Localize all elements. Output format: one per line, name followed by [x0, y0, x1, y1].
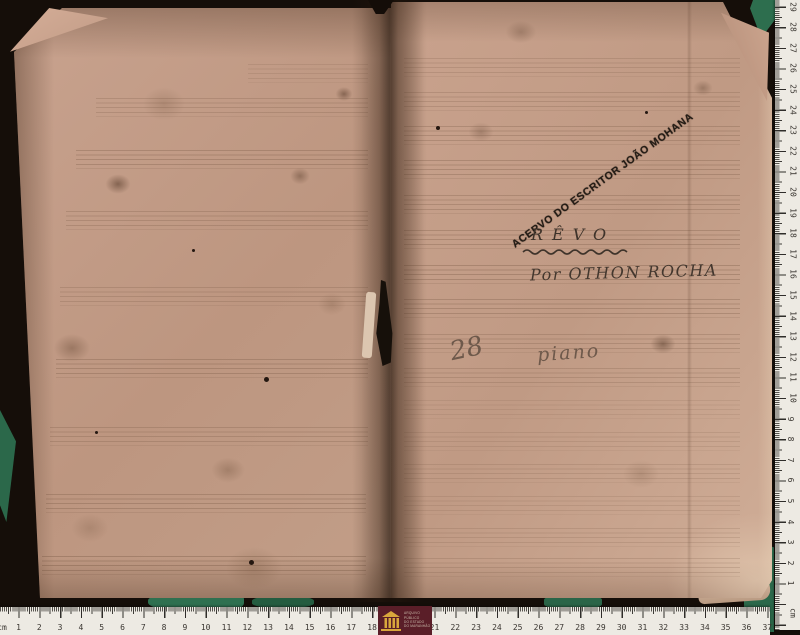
ink-speck [645, 111, 648, 114]
ruler-number: 22 [450, 623, 460, 632]
ruler-number: 17 [346, 623, 356, 632]
ruler-number: 9 [786, 416, 795, 421]
ruler-number: 9 [182, 623, 187, 632]
backing-board-left [0, 410, 16, 522]
ruler-number: 6 [120, 623, 125, 632]
ruler-number: 2 [786, 560, 795, 565]
staff-band [404, 464, 740, 483]
ruler-number: 11 [222, 623, 232, 632]
archive-logo: ARQUIVO PÚBLICO DO ESTADO DO MARANHÃO [378, 606, 432, 635]
digitized-manuscript-photo: ACERVO DO ESCRITOR JOÃO MOHANA RÊVO Por … [0, 0, 800, 635]
ruler-number: 35 [721, 623, 731, 632]
ruler-number: 21 [788, 167, 797, 177]
staff-band [404, 432, 740, 451]
ruler-number: 24 [788, 105, 797, 115]
ruler-number: 5 [99, 623, 104, 632]
staff-band [404, 160, 740, 179]
manuscript-title: RÊVO [531, 225, 615, 244]
ruler-number: 27 [788, 43, 797, 53]
ruler-number: 11 [788, 373, 797, 383]
ruler-number: 15 [788, 290, 797, 300]
ruler-number: 12 [788, 352, 797, 362]
staff-band [404, 58, 740, 77]
archive-building-icon [381, 610, 401, 632]
ruler-number: 8 [786, 437, 795, 442]
staff-band [76, 150, 368, 169]
staff-band [404, 558, 740, 577]
ruler-number: 19 [788, 208, 797, 218]
ruler-number: 26 [534, 623, 544, 632]
staff-band [96, 98, 368, 117]
ruler-number: 1 [16, 623, 21, 632]
ruler-number: 14 [788, 311, 797, 321]
ruler-number: 24 [492, 623, 502, 632]
staff-band [404, 126, 740, 145]
ink-speck [436, 126, 440, 130]
instrument-annotation: piano [536, 340, 601, 366]
ruler-number: 28 [788, 22, 797, 32]
staff-band [404, 528, 740, 547]
ruler-unit-label: cm [788, 608, 797, 618]
ruler-number: 25 [788, 84, 797, 94]
logo-line: DO MARANHÃO [404, 625, 430, 628]
ruler-number: 3 [786, 540, 795, 545]
ruler-unit-label: cm [0, 623, 7, 632]
manuscript-page-left [14, 8, 391, 598]
staff-band [46, 494, 366, 513]
ruler-number: 6 [786, 478, 795, 483]
ruler-number: 23 [788, 125, 797, 135]
ruler-number: 15 [305, 623, 315, 632]
staff-band [60, 287, 368, 306]
ruler-number: 8 [162, 623, 167, 632]
ink-speck [95, 431, 98, 434]
ruler-number: 27 [554, 623, 564, 632]
ruler-number: 10 [201, 623, 211, 632]
ruler-number: 30 [617, 623, 627, 632]
staff-band [66, 211, 368, 230]
staff-band [404, 400, 740, 419]
ruler-number: 23 [471, 623, 481, 632]
ruler-number: 25 [513, 623, 523, 632]
ink-speck [249, 560, 254, 565]
ruler-number: 32 [658, 623, 668, 632]
ruler-number: 36 [742, 623, 752, 632]
ruler-number: 22 [788, 146, 797, 156]
ruler-vertical: cm 1234567891011121314151617181920212223… [775, 0, 800, 630]
staff-band [50, 427, 368, 446]
ruler-number: 18 [788, 228, 797, 238]
ruler-number: 4 [78, 623, 83, 632]
ink-speck [192, 249, 195, 252]
ruler-number: 13 [788, 331, 797, 341]
ruler-number: 13 [263, 623, 273, 632]
manuscript-page-right [391, 2, 772, 598]
ruler-number: 31 [638, 623, 648, 632]
ruler-number: 37 [762, 623, 772, 632]
ruler-number: 16 [788, 270, 797, 280]
ruler-number: 10 [788, 393, 797, 403]
ruler-number: 7 [786, 457, 795, 462]
ruler-number: 26 [788, 64, 797, 74]
ruler-number: 14 [284, 623, 294, 632]
staff-band [404, 92, 740, 111]
ruler-number: 17 [788, 249, 797, 259]
ruler-number: 28 [575, 623, 585, 632]
ruler-number: 12 [242, 623, 252, 632]
ruler-number: 2 [37, 623, 42, 632]
ruler-number: 29 [788, 2, 797, 12]
staff-band [404, 368, 740, 387]
staff-band [404, 299, 740, 318]
ruler-number: 5 [786, 499, 795, 504]
ink-speck [264, 377, 269, 382]
ruler-number: 33 [679, 623, 689, 632]
ruler-number: 34 [700, 623, 710, 632]
ruler-number: 29 [596, 623, 606, 632]
staff-band [248, 64, 368, 83]
staff-band [42, 556, 366, 575]
ruler-number: 20 [788, 187, 797, 197]
staff-band [404, 496, 740, 515]
ruler-number: 7 [141, 623, 146, 632]
ruler-number: 16 [326, 623, 336, 632]
ruler-number: 18 [367, 623, 377, 632]
ruler-number: 3 [58, 623, 63, 632]
ruler-number: 1 [786, 581, 795, 586]
archive-logo-text: ARQUIVO PÚBLICO DO ESTADO DO MARANHÃO [404, 612, 430, 629]
ruler-number: 4 [786, 519, 795, 524]
staff-band [56, 359, 368, 378]
